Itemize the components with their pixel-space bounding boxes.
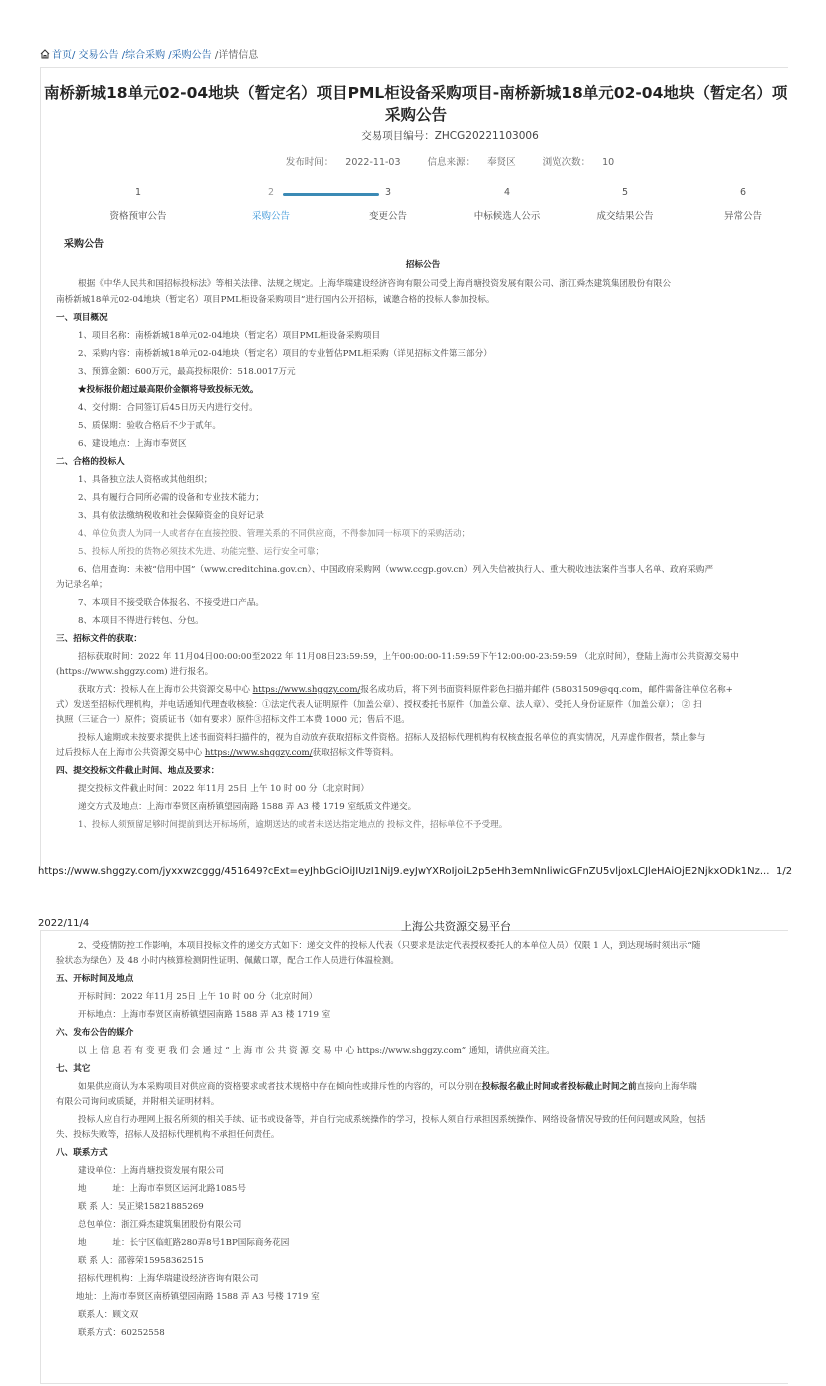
step-label: 采购公告 (211, 208, 331, 222)
s4-item-cont: 验状态为绿色）及 48 小时内核算检测阴性证明、佩戴口罩，配合工作人员进行体温检… (56, 954, 399, 966)
s2-item: 4、单位负责人为同一人或者存在直接控股、管理关系的不同供应商，不得参加同一标项下… (78, 527, 470, 539)
intro-para: 根据《中华人民共和国招标投标法》等相关法律、法规之规定。上海华瑞建设经济咨询有限… (78, 277, 671, 289)
project-number-label: 交易项目编号： (361, 130, 435, 142)
s5-item: 开标地点：上海市奉贤区南桥镇望园南路 1588 弄 A3 楼 1719 室 (78, 1008, 330, 1020)
s4-item: 1、投标人须预留足够时间提前到达开标场所，逾期送达的或者未送达指定地点的 投标文… (78, 818, 507, 830)
deadline-emphasis: 投标报名截止时间或者投标截止时间之前 (482, 1082, 637, 1092)
text: 如果供应商认为本采购项目对供应商的资格要求或者技术规格中存在倾向性或排斥性的内容… (78, 1082, 482, 1092)
print-header-title: 上海公共资源交易平台 (0, 918, 826, 934)
s2-item: 5、投标人所投的货物必须技术先进、功能完整、运行安全可靠； (78, 545, 324, 557)
meta-info: 发布时间：2022-11-03 信息来源：奉贤区 浏览次数：10 (44, 154, 826, 168)
breadcrumb-home[interactable]: 首页/ (52, 50, 75, 61)
s6-item: 以 上 信 息 若 有 变 更 我 们 会 通 过 “ 上 海 市 公 共 资 … (78, 1044, 555, 1056)
breadcrumb-procurement-notice[interactable]: /采购公告 (168, 50, 215, 61)
breadcrumb-detail: /详情信息 (215, 50, 258, 61)
step-prequalification[interactable]: 1资格预审公告 (78, 187, 198, 222)
step-label: 中标候选人公示 (447, 208, 567, 222)
s3-para: 获取方式：投标人在上海市公共资源交易中心 https://www.shggzy.… (78, 683, 733, 695)
views-info: 浏览次数：10 (537, 157, 621, 168)
section-4-heading: 四、提交投标文件截止时间、地点及要求： (56, 764, 219, 776)
publish-label: 发布时间： (286, 157, 334, 168)
s1-item: 5、质保期：验收合格后不少于贰年。 (78, 419, 221, 431)
contact-line: 建设单位：上海肖塘投资发展有限公司 (78, 1164, 224, 1176)
publish-info: 发布时间：2022-11-03 (280, 157, 407, 168)
s7-para-cont: 有限公司询问或质疑，并附相关证明材料。 (56, 1095, 219, 1107)
notice-title: 招标公告 (56, 258, 790, 270)
s7-para: 如果供应商认为本采购项目对供应商的资格要求或者技术规格中存在倾向性或排斥性的内容… (78, 1080, 697, 1092)
step-label: 资格预审公告 (78, 208, 198, 222)
source-label: 信息来源： (428, 157, 476, 168)
contact-line: 联系方式：60252558 (78, 1326, 165, 1338)
s2-item: 8、本项目不得进行转包、分包。 (78, 614, 204, 626)
breadcrumb-trade-notice[interactable]: 交易公告 (75, 50, 121, 61)
step-procurement-notice[interactable]: 2采购公告 (211, 187, 331, 222)
s3-para: 招标获取时间：2022 年 11月04日00:00:00至2022 年 11月0… (78, 650, 739, 662)
s1-item: 4、交付期：合同签订后45日历天内进行交付。 (78, 401, 258, 413)
s7-para-cont: 失、投标失败等，招标人及招标代理机构不承担任何责任。 (56, 1128, 279, 1140)
breadcrumb-comprehensive-procurement[interactable]: /综合采购 (122, 50, 169, 61)
step-exception-notice[interactable]: 6异常公告 (683, 187, 803, 222)
views-value: 10 (602, 157, 614, 168)
s1-item: 1、项目名称：南桥新城18单元02-04地块（暂定名）项目PML柜设备采购项目 (78, 329, 380, 341)
section-7-heading: 七、其它 (56, 1062, 90, 1074)
notice-body-page1: 招标公告 根据《中华人民共和国招标投标法》等相关法律、法规之规定。上海华瑞建设经… (56, 255, 790, 835)
notice-steps: 1资格预审公告 2采购公告 3变更公告 4中标候选人公示 5成交结果公告 6异常… (80, 187, 800, 227)
text: 报名成功后，将下列书面资料原件彩色扫描并邮件 (58031509@qq.com，… (360, 685, 733, 695)
s2-item: 3、具有依法缴纳税收和社会保障资金的良好记录 (78, 509, 264, 521)
step-label: 异常公告 (683, 208, 803, 222)
s3-para-cont: 过后投标人在上海市公共资源交易中心 https://www.shggzy.com… (56, 746, 399, 758)
step-number: 4 (447, 187, 567, 203)
project-number-value: ZHCG20221103006 (435, 130, 539, 142)
step-number: 6 (683, 187, 803, 203)
contact-line: 联 系 人：邵蓉荣15958362515 (78, 1254, 204, 1266)
section-1-heading: 一、项目概况 (56, 311, 108, 323)
s3-para-cont: (https://www.shggzy.com) 进行报名。 (56, 665, 213, 677)
text: 过后投标人在上海市公共资源交易中心 (56, 748, 205, 758)
intro-para-cont: 南桥新城18单元02-04地块（暂定名）项目PML柜设备采购项目”进行国内公开招… (56, 293, 495, 305)
contact-line: 地 址：长宁区临虹路280弄8号1BP国际商务花园 (78, 1236, 289, 1248)
step-change-notice[interactable]: 3变更公告 (328, 187, 448, 222)
shggzy-link[interactable]: https://www.shggzy.com/ (205, 748, 313, 758)
s1-item: 6、建设地点：上海市奉贤区 (78, 437, 187, 449)
source-value: 奉贤区 (487, 157, 516, 168)
contact-line: 联系人：顾文双 (78, 1308, 138, 1320)
text: 获取招标文件等资料。 (313, 748, 399, 758)
s2-item: 6、信用查询：未被“信用中国”（www.creditchina.gov.cn）、… (78, 563, 713, 575)
step-label: 变更公告 (328, 208, 448, 222)
s1-item: 2、采购内容：南桥新城18单元02-04地块（暂定名）项目的专业暂估PML柜采购… (78, 347, 492, 359)
contact-line: 招标代理机构：上海华瑞建设经济咨询有限公司 (78, 1272, 258, 1284)
s3-para: 投标人逾期或未按要求提供上述书面资料扫描件的，视为自动放弃获取招标文件资格。招标… (78, 731, 705, 743)
s4-item: 递交方式及地点：上海市奉贤区南桥镇望园南路 1588 弄 A3 楼 1719 室… (78, 800, 416, 812)
section-3-heading: 三、招标文件的获取： (56, 632, 142, 644)
s1-warning: ★投标报价超过最高限价金额将导致投标无效。 (78, 383, 258, 395)
page-title: 南桥新城18单元02-04地块（暂定名）项目PML柜设备采购项目-南桥新城18单… (44, 82, 788, 104)
notice-body-page2: 2、受疫情防控工作影响，本项目投标文件的递交方式如下：递交文件的投标人代表（只要… (56, 936, 790, 1356)
section-8-heading: 八、联系方式 (56, 1146, 108, 1158)
home-icon[interactable] (40, 49, 50, 59)
step-label: 成交结果公告 (565, 208, 685, 222)
s2-item-cont: 为记录名单； (56, 578, 108, 590)
s1-item: 3、预算金额：600万元，最高投标限价：518.0017万元 (78, 365, 296, 377)
views-label: 浏览次数： (543, 157, 591, 168)
step-number: 3 (328, 187, 448, 203)
step-result-notice[interactable]: 5成交结果公告 (565, 187, 685, 222)
text: 获取方式：投标人在上海市公共资源交易中心 (78, 685, 253, 695)
contact-line: 地 址：上海市奉贤区运河北路1085号 (78, 1182, 246, 1194)
step-number: 1 (78, 187, 198, 203)
s7-para: 投标人应自行办理网上报名所须的相关手续、证书或设备等，并自行完成系统操作的学习，… (78, 1113, 705, 1125)
shggzy-link[interactable]: https://www.shggzy.com/ (253, 685, 361, 695)
section-2-heading: 二、合格的投标人 (56, 455, 125, 467)
s4-item: 提交投标文件截止时间：2022 年11月 25日 上午 10 时 00 分（北京… (78, 782, 369, 794)
contact-line: 地址：上海市奉贤区南桥镇望园南路 1588 弄 A3 号楼 1719 室 (76, 1290, 320, 1302)
section-5-heading: 五、开标时间及地点 (56, 972, 133, 984)
s3-para-cont: 式）发送至招标代理机构，并电话通知代理查收核验：①法定代表人证明原件（加盖公章）… (56, 698, 702, 710)
s2-item: 7、本项目不接受联合体报名、不接受进口产品。 (78, 596, 264, 608)
publish-date: 2022-11-03 (345, 157, 400, 168)
step-candidate-publicity[interactable]: 4中标候选人公示 (447, 187, 567, 222)
s5-item: 开标时间：2022 年11月 25日 上午 10 时 00 分（北京时间） (78, 990, 317, 1002)
page-title-line2: 采购公告 (44, 103, 788, 125)
s2-item: 1、具备独立法人资格或其他组织； (78, 473, 212, 485)
section-heading: 采购公告 (64, 235, 104, 250)
s4-item: 2、受疫情防控工作影响，本项目投标文件的递交方式如下：递交文件的投标人代表（只要… (78, 939, 700, 951)
step-number: 2 (211, 187, 331, 203)
s2-item: 2、具有履行合同所必需的设备和专业技术能力； (78, 491, 264, 503)
print-page-number: 1/2 (776, 866, 792, 877)
contact-line: 总包单位：浙江舜杰建筑集团股份有限公司 (78, 1218, 241, 1230)
text: 直接向上海华瑞 (637, 1082, 697, 1092)
s3-para-cont: 执照（三证合一）原件；资质证书（如有要求）原件③招标文件工本费 1000 元；售… (56, 713, 410, 725)
section-6-heading: 六、发布公告的媒介 (56, 1026, 133, 1038)
step-number: 5 (565, 187, 685, 203)
print-footer-url: https://www.shggzy.com/jyxxwzcggg/451649… (38, 866, 778, 877)
project-number: 交易项目编号：ZHCG20221103006 (44, 128, 826, 143)
breadcrumb: 首页/ 交易公告 /综合采购 /采购公告 /详情信息 (40, 46, 258, 61)
contact-line: 联 系 人：吴正梁15821885269 (78, 1200, 204, 1212)
source-info: 信息来源：奉贤区 (422, 157, 522, 168)
